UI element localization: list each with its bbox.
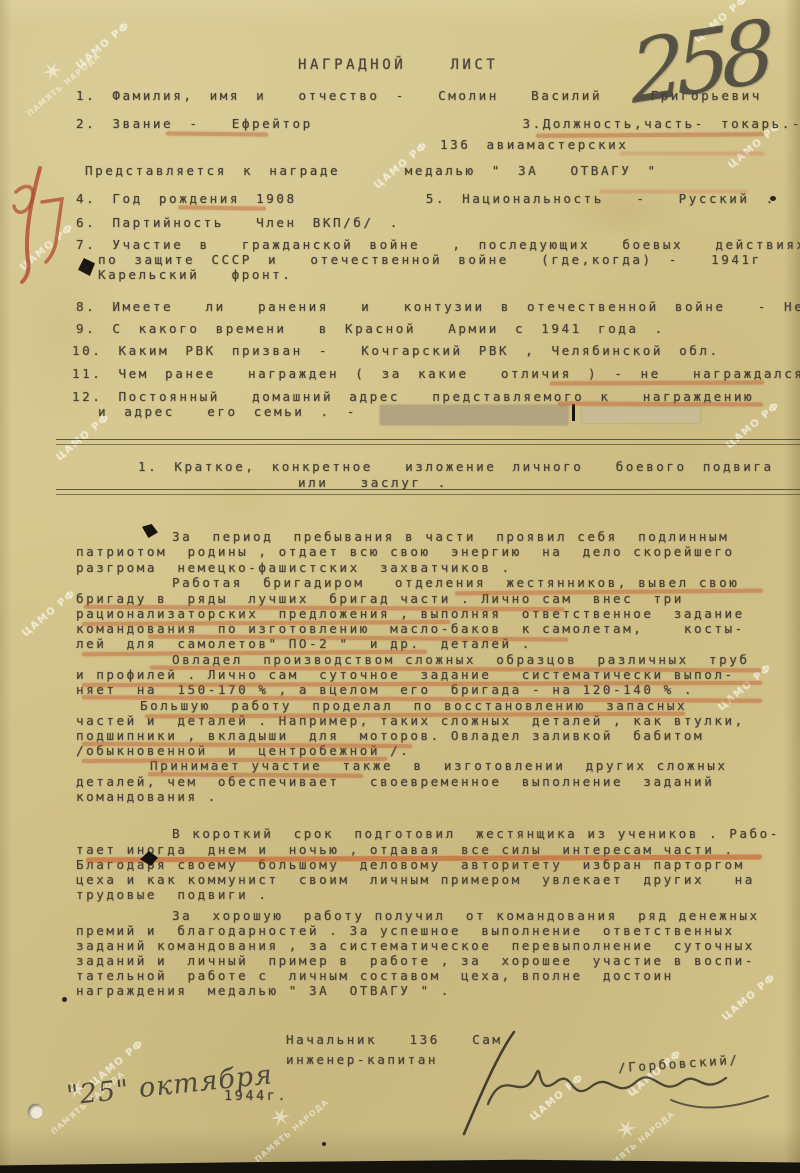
body-line: деталей, чем обеспечивает своевременное …: [76, 776, 714, 789]
margin-mark-red-pencil: [6, 164, 70, 286]
punch-hole: [28, 1104, 43, 1119]
date-year-typed: 1944г.: [224, 1090, 288, 1104]
body-line: трудовые подвиги .: [76, 889, 269, 902]
form-line-previous-awards: 11. Чем ранее награжден ( за какие отлич…: [72, 368, 800, 381]
form-line-address: и адрес его семьи . -: [98, 406, 357, 419]
document-title: НАГРАДНОЙ ЛИСТ: [298, 58, 498, 72]
body-line: Овладел производством сложных образцов р…: [172, 654, 750, 667]
ink-blot: [142, 524, 158, 538]
form-line-war-participation: 7. Участие в гражданской войне , последу…: [76, 239, 800, 252]
memory-watermark: ✶ ПАМЯТЬ НАРОДА: [10, 34, 102, 119]
section-heading: или заслуг .: [298, 477, 448, 490]
body-line: В короткий срок подготовил жестянщика из…: [172, 828, 780, 841]
form-line-name: 1. Фамилия, имя и отчество - Смолин Васи…: [76, 90, 762, 103]
bracket-mark: [572, 404, 575, 421]
body-line: бригаду в ряды лучших бригад части . Лич…: [76, 593, 684, 606]
redaction-block: [380, 405, 568, 425]
red-underline: [600, 190, 748, 193]
form-line-rank-position: 2. Звание - Ефрейтор 3.Должность,часть- …: [76, 118, 800, 131]
red-underline: [550, 380, 764, 385]
signer-rank: инженер-капитан: [286, 1054, 438, 1067]
form-line-party: 6. Партийность Член ВКП/б/ .: [76, 217, 400, 230]
body-line: Работая бригадиром отделения жестянников…: [172, 577, 739, 590]
red-underline: [178, 205, 266, 210]
divider-rule: [56, 439, 800, 445]
archive-watermark: ЦАМО РФ: [54, 412, 112, 463]
paper-speck: [62, 997, 67, 1002]
body-line: премий и благодарностей . За успешное вы…: [76, 925, 735, 938]
red-underline: [536, 132, 764, 138]
body-line: подшипники , вкладыши для моторов. Овлад…: [76, 730, 704, 743]
ink-blot: [78, 258, 95, 276]
memory-watermark-label: ПАМЯТЬ НАРОДА: [26, 52, 103, 119]
redaction-block: [582, 407, 700, 423]
body-line: заданий командования , за систематическо…: [76, 940, 755, 953]
body-line: разгрома немецко-фашистских захватчиков …: [76, 562, 512, 575]
red-underline: [166, 131, 268, 136]
signature-ink: [446, 1026, 776, 1141]
form-line-unit: 136 авиамастерских: [440, 139, 628, 152]
red-underline: [620, 152, 764, 155]
paper-speck: [770, 196, 776, 201]
archive-watermark: ЦАМО РФ: [720, 972, 778, 1023]
form-line-front: Карельский фронт.: [98, 269, 292, 282]
body-line: тательной работе с личным составом цеха,…: [76, 970, 674, 983]
body-line: За период пребывания в части проявил себ…: [172, 531, 729, 544]
section-heading: 1. Краткое, конкретное изложение личного…: [138, 461, 774, 474]
archive-watermark: ЦАМО РФ: [20, 588, 78, 639]
scanned-award-document: ЦАМО РФ ЦАМО РФ ЦАМО РФ ЦАМО РФ ЦАМО РФ …: [0, 0, 800, 1173]
memory-watermark-label: ПАМЯТЬ НАРОДА: [254, 1098, 331, 1165]
divider-rule: [56, 489, 800, 495]
body-line: патриотом родины , отдает всю свою энерг…: [76, 546, 735, 559]
form-line-award: Представляется к награде медалью " ЗА ОТ…: [85, 165, 658, 178]
body-line: заданий и личный пример в работе , за хо…: [76, 955, 755, 968]
body-line: награждения медалью " ЗА ОТВАГУ " .: [76, 985, 451, 998]
form-line-war-participation: по защите СССР и отечественной войне (гд…: [98, 254, 762, 267]
body-line: командования .: [76, 791, 218, 804]
body-line: цеха и как коммунист своим личным пример…: [76, 874, 755, 887]
form-line-wounds: 8. Имеете ли ранения и контузии в отечес…: [76, 301, 800, 314]
form-line-rvk: 10. Каким РВК призван - Кочгарский РВК ,…: [72, 345, 720, 358]
paper-speck: [322, 1142, 326, 1146]
form-line-birth-nationality: 4. Год рождения 1908 5. Национальность -…: [76, 193, 776, 206]
red-underline: [558, 401, 763, 406]
scan-edge: [0, 1156, 800, 1173]
body-line: За хорошую работу получил от командовани…: [172, 910, 760, 923]
form-line-service-since: 9. С какого времени в Красной Армии с 19…: [76, 323, 665, 336]
